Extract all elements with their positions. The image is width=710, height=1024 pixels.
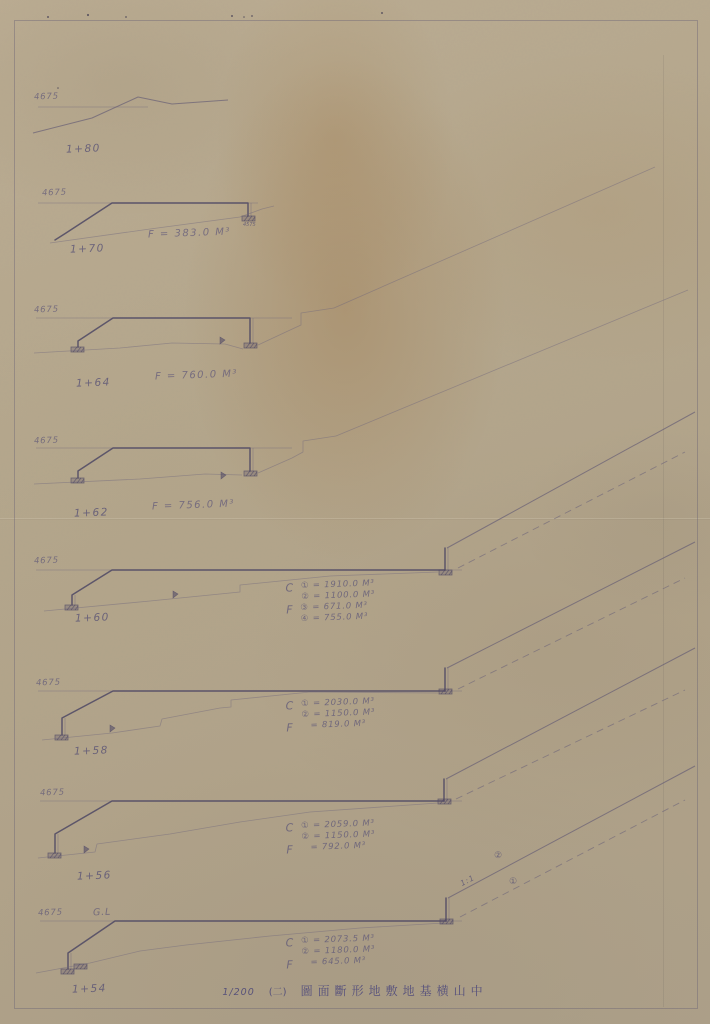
station-label-1-60: 1+60 xyxy=(75,611,110,624)
sheet-number: (二) xyxy=(269,983,287,998)
station-label-1-58: 1+58 xyxy=(74,744,109,757)
sheet-title: 圖面斷形地敷地基横山中 xyxy=(301,982,488,999)
fill-line: = 645.0 M³ xyxy=(300,956,366,969)
elevation-label-1-70: 4675 xyxy=(42,188,67,199)
elevation-label-1-56: 4675 xyxy=(40,788,65,799)
elevation-label-1-62: 4675 xyxy=(34,436,59,447)
footing-elevation-label: 4575 xyxy=(243,222,256,228)
elevation-label-1-80: 4675 xyxy=(34,92,59,103)
station-label-1-64: 1+64 xyxy=(76,376,111,389)
slope-marker-2: ② xyxy=(494,851,504,861)
volume-table-1-58: C ① = 2030.0 M³ ② = 1150.0 M³ F = 819.0 … xyxy=(285,696,375,733)
station-label-1-62: 1+62 xyxy=(74,506,109,519)
blueprint-sheet: 4675 1+80 4675 F = 383.0 M³ 1+70 4575 46… xyxy=(0,0,710,1024)
elevation-label-1-54: 4675 xyxy=(38,908,63,919)
fill-label: F xyxy=(286,721,294,733)
fill-label: F xyxy=(286,603,294,625)
station-label-1-80: 1+80 xyxy=(66,142,101,155)
volume-table-1-60: C ① = 1910.0 M³ ② = 1100.0 M³ F ③ = 671.… xyxy=(285,578,376,625)
fill-line: ④ = 755.0 M³ xyxy=(301,612,369,625)
fill-line: = 792.0 M³ xyxy=(300,841,366,854)
volume-table-1-56: C ① = 2059.0 M³ ② = 1150.0 M³ F = 792.0 … xyxy=(285,818,375,855)
ground-level-label: G.L xyxy=(93,907,111,919)
cut-label: C xyxy=(285,699,294,721)
station-label-1-56: 1+56 xyxy=(77,869,112,882)
scale-label: 1/200 xyxy=(222,987,254,998)
fill-label: F xyxy=(286,958,294,970)
fill-label: F xyxy=(286,843,294,855)
title-block: 1/200 (二) 圖面斷形地敷地基横山中 xyxy=(0,980,710,999)
elevation-label-1-58: 4675 xyxy=(36,678,61,689)
elevation-label-1-64: 4675 xyxy=(34,305,59,316)
station-label-1-70: 1+70 xyxy=(70,242,105,255)
elevation-label-1-60: 4675 xyxy=(34,556,59,567)
fill-line: = 819.0 M³ xyxy=(300,719,366,732)
cut-label: C xyxy=(285,821,294,843)
cut-label: C xyxy=(285,936,294,958)
volume-table-1-54: C ① = 2073.5 M³ ② = 1180.0 M³ F = 645.0 … xyxy=(285,933,375,970)
cut-label: C xyxy=(285,581,294,603)
slope-marker-1: ① xyxy=(509,877,519,887)
